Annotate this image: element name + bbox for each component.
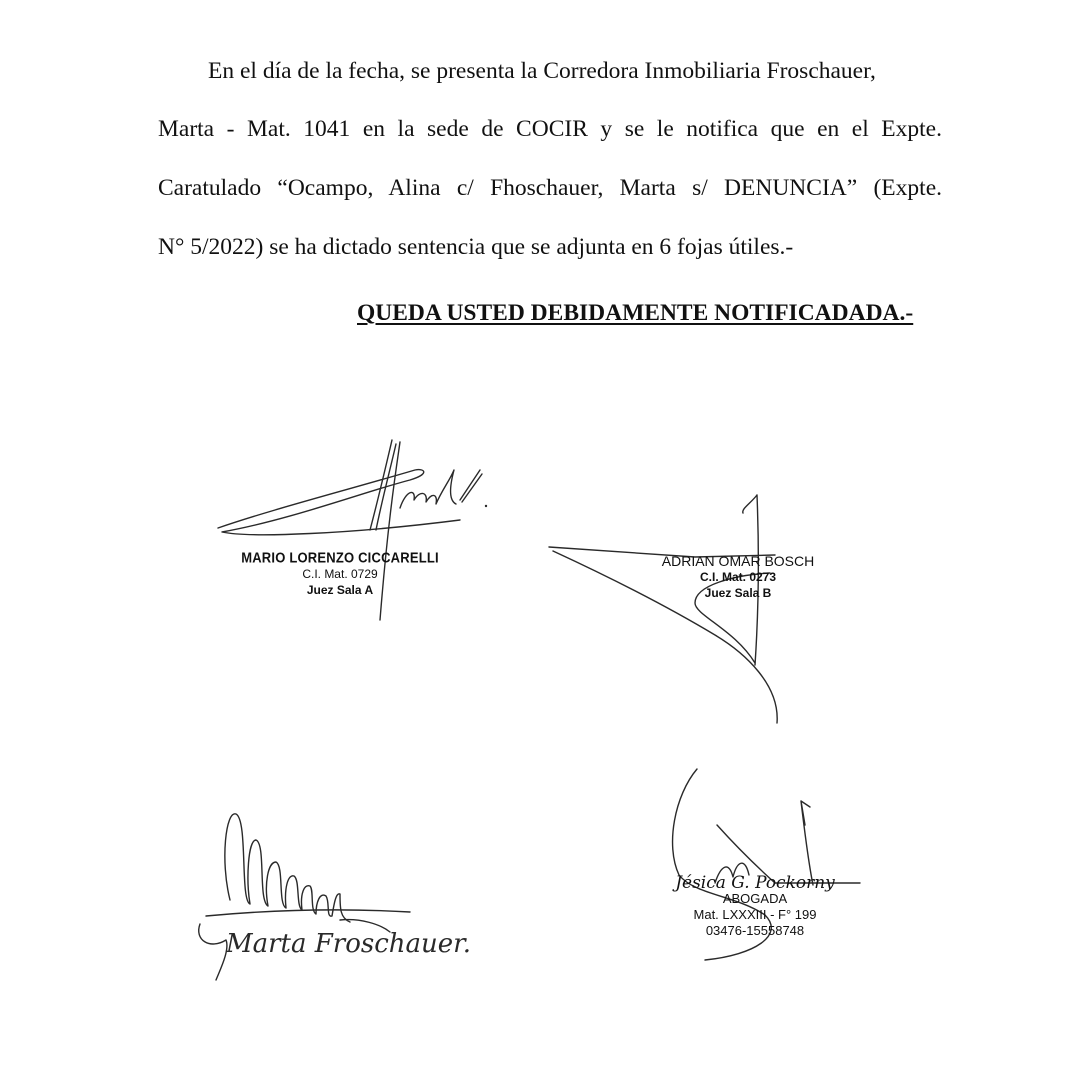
judge-b-registration: C.I. Mat. 0273 [623,569,853,585]
judge-b-name: ADRIAN OMAR BOSCH [623,553,853,569]
notification-heading: QUEDA USTED DEBIDAMENTE NOTIFICADADA.- [357,300,913,327]
notice-line-4: N° 5/2022) se ha dictado sentencia que s… [158,232,793,262]
handwritten-signature-icon [545,485,845,725]
notice-line-1: En el día de la fecha, se presenta la Co… [208,56,876,86]
signature-judge-b: ADRIAN OMAR BOSCH C.I. Mat. 0273 Juez Sa… [545,485,845,725]
notice-line-3: Caratulado “Ocampo, Alina c/ Fhoschauer,… [158,173,942,203]
lawyer-phone: 03476-15558748 [655,923,855,939]
signature-lawyer: Jésica G. Pockorny ABOGADA Mat. LXXXIII … [645,765,865,965]
handwritten-signature-icon: Marta Froschauer. [190,800,490,990]
lawyer-registration: Mat. LXXXIII - F° 199 [655,907,855,923]
signature-notified-party: Marta Froschauer. [190,800,490,990]
judge-a-registration: C.I. Mat. 0729 [240,566,440,582]
lawyer-title: ABOGADA [655,891,855,907]
notified-handwriting: Marta Froschauer. [225,929,471,959]
judge-b-role: Juez Sala B [623,585,853,601]
signature-judge-a: MARIO LORENZO CICCARELLI C.I. Mat. 0729 … [210,430,490,620]
judge-a-name: MARIO LORENZO CICCARELLI [240,549,440,567]
lawyer-script-name: Jésica G. Pockorny [655,875,855,891]
notice-line-2: Marta - Mat. 1041 en la sede de COCIR y … [158,114,942,144]
judge-a-role: Juez Sala A [240,582,440,598]
